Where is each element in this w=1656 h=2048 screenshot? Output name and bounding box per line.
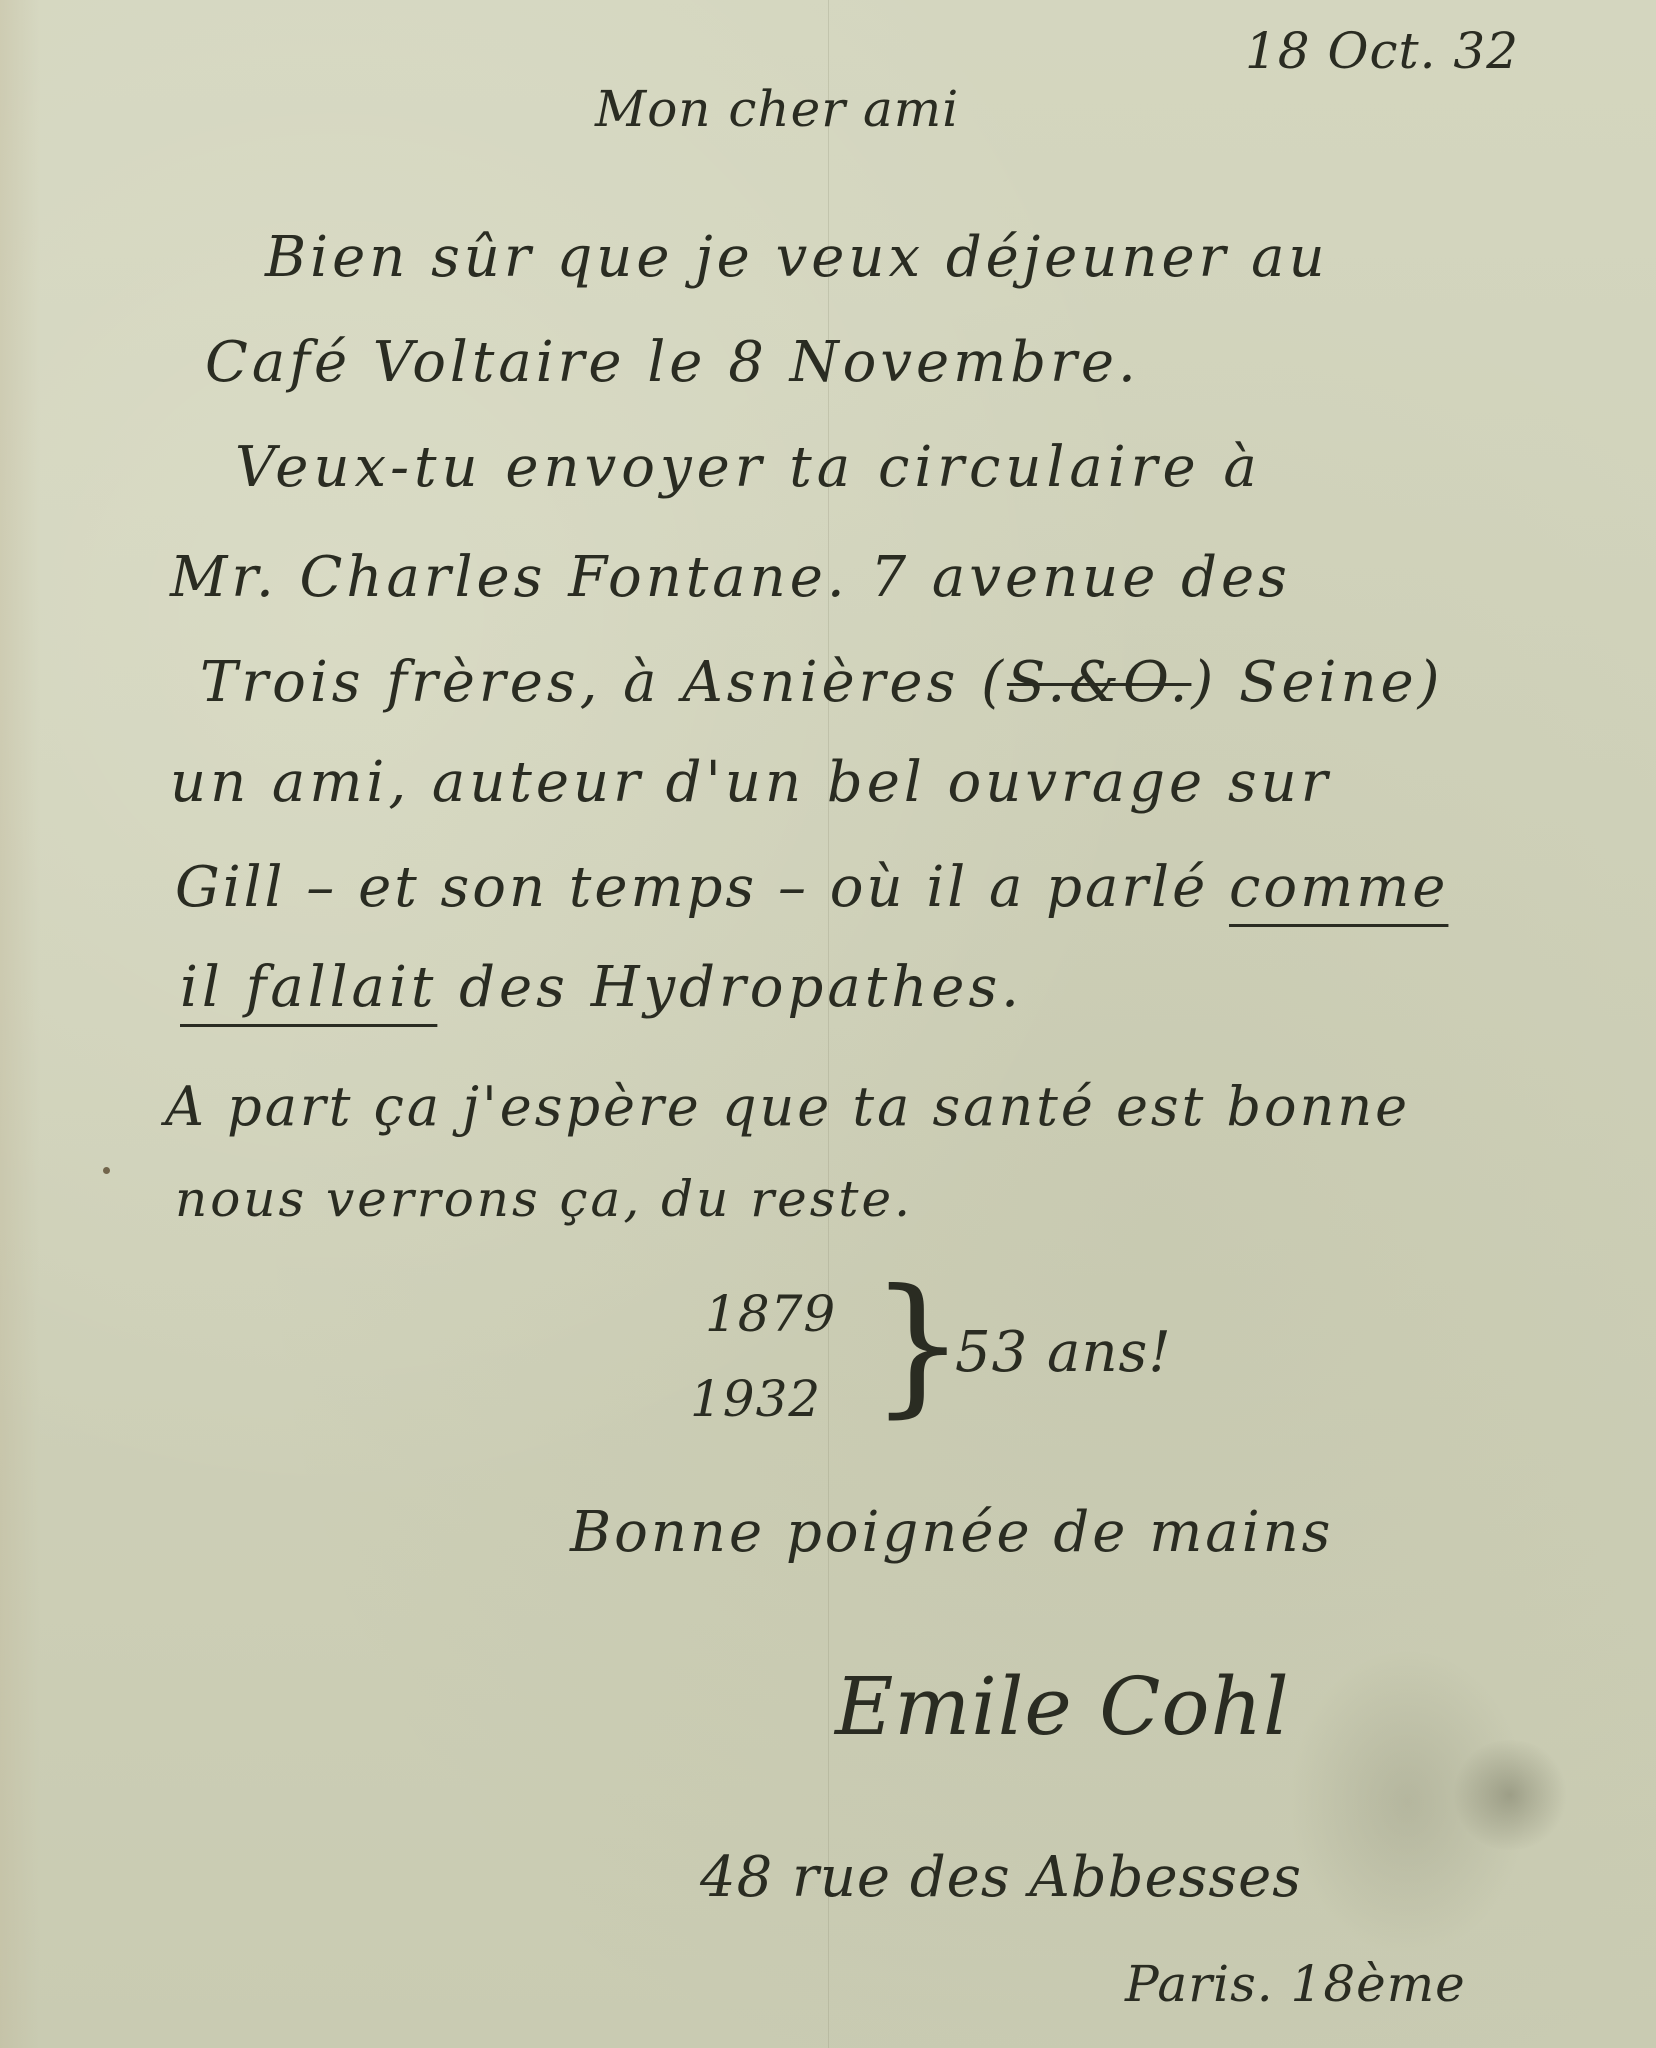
year-end: 1932 (690, 1370, 821, 1428)
body-line-10: nous verrons ça, du reste. (175, 1170, 913, 1228)
year-start: 1879 (705, 1285, 836, 1343)
year-brace: } (870, 1270, 965, 1420)
letter-paper: 18 Oct. 32 Mon cher ami Bien sûr que je … (0, 0, 1656, 2048)
body-line-1: Bien sûr que je veux déjeuner au (265, 225, 1329, 290)
body-line-5-start: Trois frères, à Asnières ( (200, 650, 1007, 715)
body-line-7-start: Gill – et son temps – où il a parlé (175, 855, 1229, 920)
salutation: Mon cher ami (595, 80, 959, 138)
body-line-2: Café Voltaire le 8 Novembre. (205, 330, 1140, 395)
body-line-9: A part ça j'espère que ta santé est bonn… (165, 1075, 1410, 1138)
body-line-8-end: des Hydropathes. (437, 955, 1023, 1020)
closing: Bonne poignée de mains (570, 1500, 1333, 1565)
letter-date: 18 Oct. 32 (1245, 22, 1519, 80)
paper-spot (103, 1167, 110, 1174)
signature-name: Emile Cohl (835, 1660, 1290, 1753)
body-line-7: Gill – et son temps – où il a parlé comm… (175, 855, 1448, 920)
underlined-phrase: il fallait (180, 955, 437, 1020)
body-line-8: il fallait des Hydropathes. (180, 955, 1023, 1020)
body-line-4: Mr. Charles Fontane. 7 avenue des (170, 545, 1291, 610)
paper-fold-line (828, 0, 829, 2048)
address-line-1: 48 rue des Abbesses (700, 1845, 1302, 1910)
years-span: 53 ans! (955, 1320, 1172, 1385)
address-line-2: Paris. 18ème (1125, 1955, 1466, 2013)
paper-edge-shading (0, 0, 40, 2048)
body-line-5: Trois frères, à Asnières (S.&O.) Seine) (200, 650, 1444, 715)
body-line-5-end: ) Seine) (1191, 650, 1443, 715)
body-line-3: Veux-tu envoyer ta circulaire à (235, 435, 1262, 500)
underlined-word: comme (1229, 855, 1448, 920)
ink-stain (1450, 1740, 1570, 1850)
body-line-6: un ami, auteur d'un bel ouvrage sur (170, 750, 1331, 815)
struck-out-text: S.&O. (1007, 650, 1191, 715)
